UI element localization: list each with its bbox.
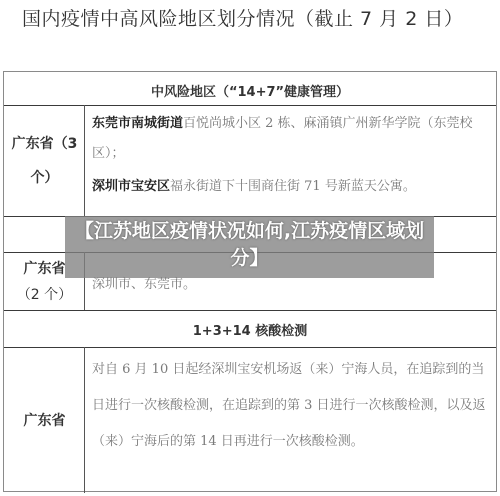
risk-area-table: 中风险地区（“14+7”健康管理） 广东省（3 个） 东莞市南城街道百悦尚城小区… [3, 71, 497, 492]
area-city-district: 深圳市宝安区 [92, 179, 170, 194]
province-count: （2 个） [4, 282, 85, 308]
row-divider [4, 347, 496, 348]
province-cell: 广东省（3 个） [4, 127, 85, 195]
area-detail: 福永街道下十围商住街 71 号新蓝天公寓。 [170, 179, 416, 194]
page-title: 国内疫情中高风险地区划分情况（截止 7 月 2 日） [22, 4, 463, 31]
row-divider [4, 105, 496, 106]
nucleic-test-header: 1+3+14 核酸检测 [4, 320, 496, 339]
area-list-cell: 东莞市南城街道百悦尚城小区 2 栋、麻涌镇广州新华学院（东莞校区）； 深圳市宝安… [92, 109, 490, 202]
area-city-district: 东莞市南城街道 [92, 116, 183, 131]
caption-text: 【江苏地区疫情状况如何,江苏疫情区域划分】 [65, 218, 434, 272]
test-policy-cell: 对自 6 月 10 日起经深圳宝安机场返（来）宁海人员，在追踪到的当日进行一次核… [92, 352, 490, 460]
area-item-dongguan: 东莞市南城街道百悦尚城小区 2 栋、麻涌镇广州新华学院（东莞校区）； [92, 109, 490, 169]
province-label: 广东省（3 [4, 127, 85, 161]
province-count: 个） [4, 161, 85, 195]
area-item-shenzhen: 深圳市宝安区福永街道下十围商住街 71 号新蓝天公寓。 [92, 172, 490, 202]
row-divider [4, 310, 496, 311]
medium-risk-header: 中风险地区（“14+7”健康管理） [4, 81, 496, 100]
province-cell: 广东省 [4, 404, 85, 438]
